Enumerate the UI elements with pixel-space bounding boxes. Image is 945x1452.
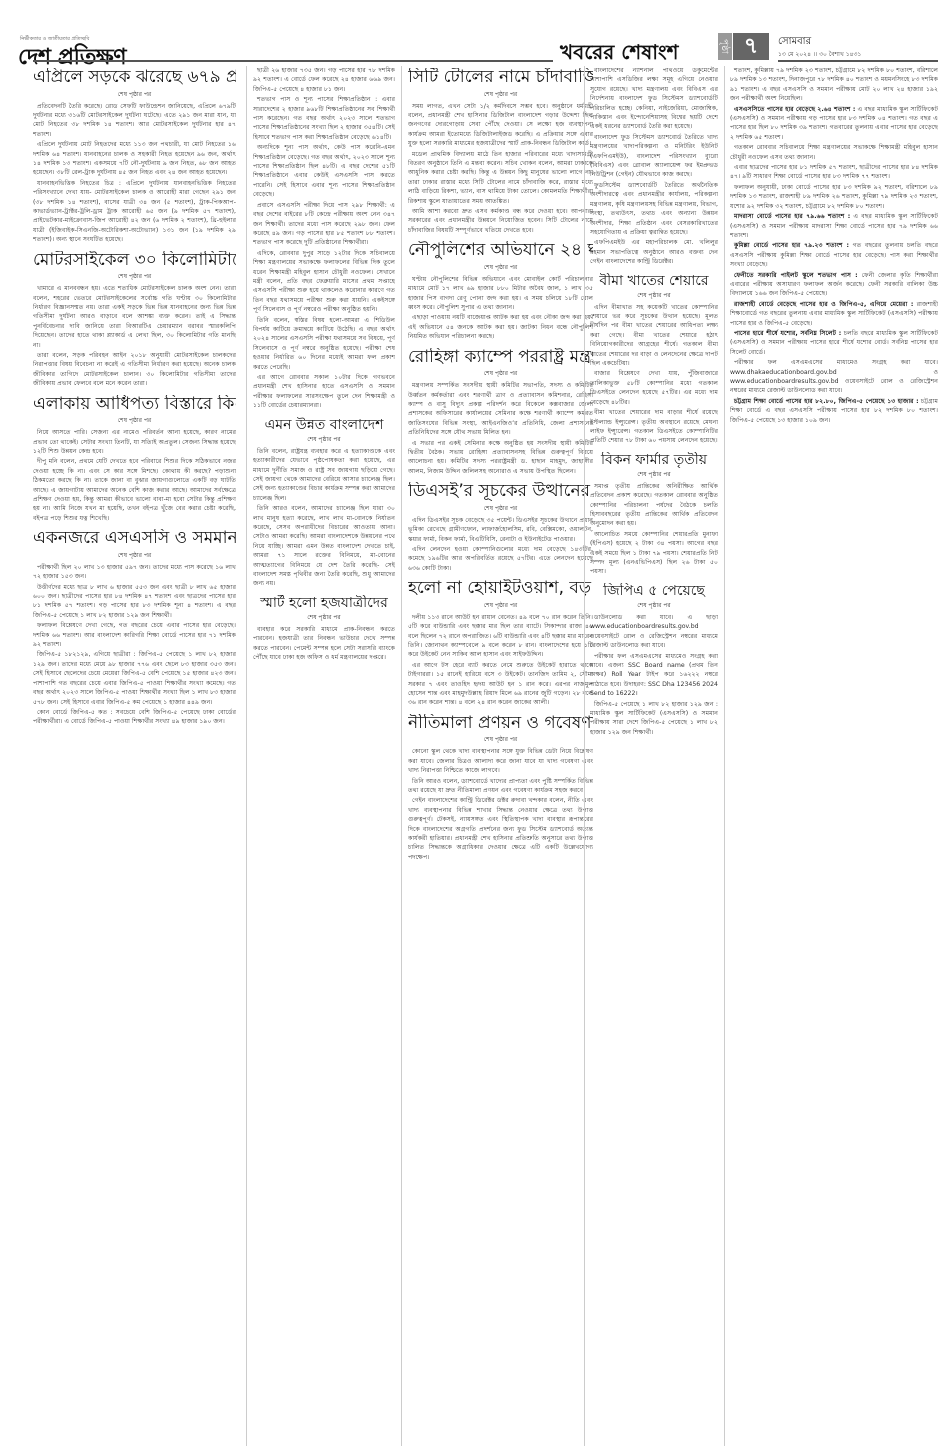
article-paragraph: শতাংশ, কুমিল্লায় ৭৯ দশমিক ২৩ শতাংশ, চট্…: [730, 66, 938, 104]
article-paragraph: এদিন বীমাখাত সহ কয়েকটি খাতের কোম্পানির …: [590, 303, 718, 369]
article-headline[interactable]: মোটরসাইকেল ৩০ কিলোমিটারের: [33, 251, 236, 271]
column-1: এপ্রিলে সড়কে ঝরেছে ৬৭৯ প্রাণশেষ পৃষ্ঠার…: [33, 66, 236, 1446]
article-headline[interactable]: স্মার্ট হলো হজযাত্রীদের: [253, 595, 395, 611]
article-paragraph: কুমিল্লা বোর্ডে পাসের হার ৭৯.২৩ শতাংশ : …: [730, 241, 938, 269]
article-paragraph: এফপিএমইউ এর মহাপরিচালক মো. খলিলুর রহমান …: [590, 238, 718, 266]
article-paragraph: ফলাফল অনুযায়ী, ঢাকা বোর্ডে পাসের হার ৮৩…: [730, 183, 938, 211]
article-body: পরীক্ষার্থী ছিল ২০ লাখ ১৩ হাজার ৫৯৭ জন। …: [33, 563, 236, 727]
article-body: ঘণ্টায় নৌপুলিশের বিভিন্ন অভিযানে এবং মো…: [408, 275, 593, 342]
article-paragraph: অন্যদিকে শূন্য পাস অর্থাৎ, কেউ পাস করেনি…: [253, 143, 395, 199]
article-paragraph: এপ্রিলে দুর্ঘটনায় মোট নিহতদের মধ্যে ১১৩…: [33, 140, 236, 178]
column-3: সিটি টোলের নামে চাঁদাবাজি সরকারেরশেষ পৃষ…: [408, 66, 593, 1446]
article-paragraph: তিনি বলেন, স্বস্তির বিষয় হলো-আমরা এ শিড…: [253, 316, 395, 372]
continued-label: শেষ পৃষ্ঠার পর: [253, 612, 395, 623]
article-paragraph: ব্যবহার করে সরকারি মাধ্যমে প্রাক-নিবন্ধন…: [253, 625, 395, 663]
article: নৌপুলিশের অভিযানে ২৪ ঘণ্টায়শেষ পৃষ্ঠার …: [408, 241, 593, 341]
article: বাংলাদেশের ন্যাশনাল পাথওয়ে ডকুমেন্টের প…: [590, 66, 718, 267]
article-body: মন্ত্রণালয় সম্পর্কিত সংসদীয় স্থায়ী কম…: [408, 381, 593, 476]
masthead: নির্ভীকতার ও জাতীয়তার প্রতিচ্ছবি দেশ প্…: [0, 0, 945, 62]
article-paragraph: জিপিএ-৫ পেয়েছে ১ লাখ ৮২ হাজার ১২৯ জন : …: [590, 700, 718, 738]
article-paragraph: তিনি আরও বলেন, ড্যাশবোর্ডে খাদ্যের প্রাপ…: [408, 777, 593, 796]
article-body: নিয়ে আসতে পারি। সেজন্য এর নামেও পরিবর্ত…: [33, 428, 236, 523]
article-body: এদিন বীমাখাত সহ কয়েকটি খাতের কোম্পানির …: [590, 303, 718, 446]
article-headline[interactable]: নীতিমালা প্রণয়ন ও গবেষণা কার্যক্রম সহজ: [408, 714, 593, 734]
article-paragraph: তিনি বলেন, রাষ্ট্রযন্ত্র ব্যবহার করে এ হ…: [253, 447, 395, 503]
article: ছাত্রী ২৬ হাজার ৭৩৫ জন। গড় পাসের হার ৭৮…: [253, 66, 395, 411]
article-paragraph: পরীক্ষার ফল এসএমএসের মাধ্যমেও সংগ্রহ করা…: [590, 652, 718, 699]
article-paragraph: গেইন বাংলাদেশের কান্ট্রি ডিরেক্টর ডক্টর …: [408, 796, 593, 862]
article: এলাকায় আধিপত্য বিস্তারে কিশোরদেরশেষ পৃষ…: [33, 395, 236, 524]
article: মোটরসাইকেল ৩০ কিলোমিটারেরশেষ পৃষ্ঠার পরখ…: [33, 251, 236, 389]
article-paragraph: সময় লাগত, এখন সেটা ১/২ কর্মদিবসে সম্ভব …: [408, 102, 593, 149]
article-body: সময় লাগত, এখন সেটা ১/২ কর্মদিবসে সম্ভব …: [408, 102, 593, 236]
masthead-rule-left: [33, 60, 553, 62]
article-paragraph: ফলাফল বিশ্লেষণে দেখা গেছে, গত বছরের চেয়…: [33, 621, 236, 649]
article-headline[interactable]: এমন উন্নত বাংলাদেশ: [253, 417, 395, 433]
column-5: শতাংশ, কুমিল্লায় ৭৯ দশমিক ২৩ শতাংশ, চট্…: [730, 66, 938, 1446]
article-headline[interactable]: হলো না হোয়াইটওয়াশ, বড় ব্যবধানে: [408, 579, 593, 599]
article-paragraph: এসএসসিতে পাসের হার বেড়েছে ২.৬৪ শতাংশ : …: [730, 105, 938, 143]
article-paragraph: মন্ত্রণালয় সম্পর্কিত সংসদীয় স্থায়ী কম…: [408, 381, 593, 437]
article-body: তিনি বলেন, রাষ্ট্রযন্ত্র ব্যবহার করে এ হ…: [253, 447, 395, 589]
article: সিটি টোলের নামে চাঁদাবাজি সরকারেরশেষ পৃষ…: [408, 68, 593, 235]
article-headline[interactable]: বিকন ফার্মার তৃতীয়: [590, 452, 718, 468]
article-paragraph: পাসের হারে শীর্ষে যশোর, সর্বনিম্ন সিলেট …: [730, 329, 938, 357]
article: রোহিঙ্গা ক্যাম্পে পররাষ্ট্র মন্ত্রণালয়ে…: [408, 348, 593, 477]
continued-label: শেষ পৃষ্ঠার পর: [408, 89, 593, 100]
column-2: ছাত্রী ২৬ হাজার ৭৩৫ জন। গড় পাসের হার ৭৮…: [253, 66, 395, 1446]
continued-label: শেষ পৃষ্ঠার পর: [33, 89, 236, 100]
article-paragraph: খামারে এ মানববন্ধন হয়। এতে শতাধিক মোটরস…: [33, 284, 236, 350]
article-body: শতাংশ, কুমিল্লায় ৭৯ দশমিক ২৩ শতাংশ, চট্…: [730, 66, 938, 425]
article-body: ব্যবহার করে সরকারি মাধ্যমে প্রাক-নিবন্ধন…: [253, 625, 395, 663]
article-headline[interactable]: রোহিঙ্গা ক্যাম্পে পররাষ্ট্র মন্ত্রণালয়ে…: [408, 348, 593, 368]
article-paragraph: ছাত্রী ২৬ হাজার ৭৩৫ জন। গড় পাসের হার ৭৮…: [253, 66, 395, 94]
article-paragraph: বাংলাদেশের ন্যাশনাল পাথওয়ে ডকুমেন্টের প…: [590, 66, 718, 132]
article-paragraph: বীমা খাতের শেয়ারের দাম বাড়ার শীর্ষে রয…: [590, 408, 718, 446]
article-paragraph: এদিকে, রোববার দুপুর সাড়ে ১২টার দিকে সচি…: [253, 249, 395, 315]
continued-label: শেষ পৃষ্ঠার পর: [253, 434, 395, 445]
article-paragraph: মাদরাসা বোর্ডে পাসের হার ৭৯.৬৬ শতাংশ : এ…: [730, 212, 938, 240]
page-number: ৭: [733, 33, 769, 60]
article: জিপিএ ৫ পেয়েছেশেষ পৃষ্ঠার পরডাউনলোড করা…: [590, 583, 718, 737]
article: বীমা খাতের শেয়ারেশেষ পৃষ্ঠার পরএদিন বীম…: [590, 273, 718, 446]
article-headline[interactable]: ডিএসই’র সূচকের উত্থানের নেপথ্যে: [408, 482, 593, 502]
article-paragraph: বাজার বিশ্লেষণে দেখা যায়, পুঁজিবাজারে ত…: [590, 369, 718, 407]
article-paragraph: দীপু মনি বলেন, প্রথমে যেটি দেখতে হবে পরি…: [33, 457, 236, 523]
article-paragraph: প্রবাসে এসএসসি পরীক্ষা দিয়ে পাস ২৯৮ শিক…: [253, 201, 395, 248]
continued-label: শেষ পৃষ্ঠার পর: [33, 271, 236, 282]
continued-label: শেষ পৃষ্ঠার পর: [590, 469, 718, 480]
article: শতাংশ, কুমিল্লায় ৭৯ দশমিক ২৩ শতাংশ, চট্…: [730, 66, 938, 425]
article-paragraph: বাংলাদেশ ফুড সিস্টেমস ড্যাশবোর্ড তৈরিতে …: [590, 133, 718, 180]
article-paragraph: এবার ছাত্রদের পাসের হার ৮১ দশমিক ৫৭ শতাং…: [730, 163, 938, 182]
article-body: এদিন ডিএসইর সূচক বেড়েছে ৩৫ পয়েন্ট। ডিএ…: [408, 516, 593, 573]
article-body: বাংলাদেশের ন্যাশনাল পাথওয়ে ডকুমেন্টের প…: [590, 66, 718, 267]
article-body: কোনো স্কুল থেকে খাদ্য ব্যবস্থাপনার সঙ্গে…: [408, 747, 593, 862]
article-headline[interactable]: সিটি টোলের নামে চাঁদাবাজি সরকারের: [408, 68, 593, 88]
article-headline[interactable]: এপ্রিলে সড়কে ঝরেছে ৬৭৯ প্রাণ: [33, 68, 236, 88]
continued-label: শেষ পৃষ্ঠার পর: [590, 290, 718, 301]
continued-label: শেষ পৃষ্ঠার পর: [33, 415, 236, 426]
article-paragraph: নিয়ে আসতে পারি। সেজন্য এর নামেও পরিবর্ত…: [33, 428, 236, 456]
continued-label: শেষ পৃষ্ঠার পর: [590, 600, 718, 611]
article-paragraph: ঘণ্টায় নৌপুলিশের বিভিন্ন অভিযানে এবং মো…: [408, 275, 593, 313]
article-headline[interactable]: নৌপুলিশের অভিযানে ২৪ ঘণ্টায়: [408, 241, 593, 261]
article-paragraph: রাজশাহী বোর্ডে বেড়েছে পাসের হার ও জিপিএ…: [730, 300, 938, 328]
article-paragraph: উত্তীর্ণদের মধ্যে ছাত্র ৮ লাখ ৬ হাজার ৫৫…: [33, 583, 236, 621]
issue-date: ১৩ মে ২০২৪ ।। ৩০ বৈশাখ ১৪৩১: [778, 49, 861, 60]
article-body: ডাউনলোড করা যাবে। এ ছাড়া www.educationb…: [590, 613, 718, 737]
article-paragraph: জিপিএ-৫ ১৮২১২৯, এগিয়ে ছাত্রীরা : জিপিএ-…: [33, 650, 236, 706]
article-paragraph: এদিন লেনদেন হওয়া কোম্পানিগুলোর মধ্যে দা…: [408, 545, 593, 573]
column-4: বাংলাদেশের ন্যাশনাল পাথওয়ে ডকুমেন্টের প…: [590, 66, 718, 1446]
article-body: সমাপ্ত তৃতীয় প্রান্তিকের অনিরীক্ষিত আর্…: [590, 482, 718, 577]
article-paragraph: কোন বোর্ডে জিপিএ-৫ কত : সবচেয়ে বেশি জিপ…: [33, 708, 236, 727]
masthead-rule-right: [778, 60, 938, 62]
article-paragraph: পরীক্ষার্থী ছিল ২০ লাখ ১৩ হাজার ৫৯৭ জন। …: [33, 563, 236, 582]
article: একনজরে এসএসসি ও সমমান পরীক্ষারশেষ পৃষ্ঠা…: [33, 529, 236, 726]
article-paragraph: এ সভার পর একই সেমিনার কক্ষে অনুষ্ঠিত হয়…: [408, 439, 593, 477]
article: স্মার্ট হলো হজযাত্রীদেরশেষ পৃষ্ঠার পরব্য…: [253, 595, 395, 663]
article: ডিএসই’র সূচকের উত্থানের নেপথ্যেশেষ পৃষ্ঠ…: [408, 482, 593, 573]
article-paragraph: তিনি আরও বলেন, আমাদের চ্যালেঞ্জ ছিল যারা…: [253, 504, 395, 589]
article-paragraph: তারা বলেন, সড়ক পরিবহন আইন ২০১৮ অনুযায়ী…: [33, 351, 236, 389]
article-paragraph: ফেনীতে সরকারি পাইলট স্কুলে শতভাগ পাস : ফ…: [730, 271, 938, 299]
article-paragraph: যানবাহনভিত্তিক নিহতের চিত্র : এপ্রিলে দু…: [33, 179, 236, 245]
continued-label: শেষ পৃষ্ঠার পর: [33, 550, 236, 561]
column-divider: [724, 66, 725, 1446]
article-body: দলীয় ১১৩ রানে আউট হন রায়ান বেনেত। ৪৯ ব…: [408, 613, 593, 708]
continued-label: শেষ পৃষ্ঠার পর: [408, 734, 593, 745]
column-divider: [584, 66, 585, 1446]
continued-label: শেষ পৃষ্ঠার পর: [408, 262, 593, 273]
article-paragraph: শতভাগ পাস ও শূন্য পাসের শিক্ষাপ্রতিষ্ঠান…: [253, 95, 395, 142]
article-headline[interactable]: একনজরে এসএসসি ও সমমান পরীক্ষার: [33, 529, 236, 549]
article: এমন উন্নত বাংলাদেশশেষ পৃষ্ঠার পরতিনি বলে…: [253, 417, 395, 589]
article: এপ্রিলে সড়কে ঝরেছে ৬৭৯ প্রাণশেষ পৃষ্ঠার…: [33, 68, 236, 245]
article-body: খামারে এ মানববন্ধন হয়। এতে শতাধিক মোটরস…: [33, 284, 236, 388]
continued-label: শেষ পৃষ্ঠার পর: [408, 368, 593, 379]
article-paragraph: আলোচিত সময়ে কোম্পানির শেয়ারপ্রতি মুনাফ…: [590, 530, 718, 577]
continued-label: শেষ পৃষ্ঠার পর: [408, 503, 593, 514]
article-paragraph: এছাড়া পাওয়ায় নয়টি বাজেয়াপ্ত আটক করা…: [408, 313, 593, 341]
article-paragraph: এর আগে টস হেরে ব্যাট করতে নেমে শুরুতে উই…: [408, 661, 593, 708]
article-paragraph: প্রতিবেদনটি তৈরি করেছে। রোড সেফটি ফাউন্ড…: [33, 102, 236, 140]
page-label: পৃষ্ঠা: [718, 33, 732, 60]
article: হলো না হোয়াইটওয়াশ, বড় ব্যবধানেশেষ পৃষ…: [408, 579, 593, 708]
article-headline[interactable]: জিপিএ ৫ পেয়েছে: [590, 583, 718, 599]
article: বিকন ফার্মার তৃতীয়শেষ পৃষ্ঠার পরসমাপ্ত …: [590, 452, 718, 577]
article-paragraph: কোনো স্কুল থেকে খাদ্য ব্যবস্থাপনার সঙ্গে…: [408, 747, 593, 775]
article-paragraph: চট্টগ্রাম শিক্ষা বোর্ডে পাসের হার ৮২.৮০,…: [730, 397, 938, 425]
article-paragraph: সমাপ্ত তৃতীয় প্রান্তিকের অনিরীক্ষিত আর্…: [590, 482, 718, 529]
column-divider: [401, 66, 402, 1446]
article-body: প্রতিবেদনটি তৈরি করেছে। রোড সেফটি ফাউন্ড…: [33, 102, 236, 245]
article-paragraph: ডাউনলোড করা যাবে। এ ছাড়া www.educationb…: [590, 613, 718, 651]
article-paragraph: পরীক্ষার ফল এসএমএসের মাধ্যমেও সংগ্রহ করা…: [730, 358, 938, 396]
continued-label: শেষ পৃষ্ঠার পর: [408, 600, 593, 611]
column-divider: [246, 66, 247, 1446]
article: নীতিমালা প্রণয়ন ও গবেষণা কার্যক্রম সহজশ…: [408, 714, 593, 862]
article-paragraph: দলীয় ১১৩ রানে আউট হন রায়ান বেনেত। ৪৯ ব…: [408, 613, 593, 660]
article-paragraph: গতকাল রোববার সচিবালয়ে শিক্ষা মন্ত্রণালয…: [730, 143, 938, 162]
article-headline[interactable]: এলাকায় আধিপত্য বিস্তারে কিশোরদের: [33, 395, 236, 415]
article-paragraph: এদিন ডিএসইর সূচক বেড়েছে ৩৫ পয়েন্ট। ডিএ…: [408, 516, 593, 544]
article-body: ছাত্রী ২৬ হাজার ৭৩৫ জন। গড় পাসের হার ৭৮…: [253, 66, 395, 411]
article-paragraph: আমি আশা করবো দ্রুত এসব কর্মকাণ্ড বন্ধ কর…: [408, 207, 593, 235]
article-paragraph: ফুডসিস্টেম ড্যাশবোর্ডটি তৈরিতে অর্থনৈতিক…: [590, 181, 718, 237]
article-paragraph: এর আগে রোববার সকাল ১০টার দিকে গণভবনে প্র…: [253, 373, 395, 411]
article-headline[interactable]: বীমা খাতের শেয়ারে: [590, 273, 718, 289]
article-paragraph: মডেল প্রাথমিক বিদ্যালয় মাঠে তিন হাজার প…: [408, 150, 593, 206]
